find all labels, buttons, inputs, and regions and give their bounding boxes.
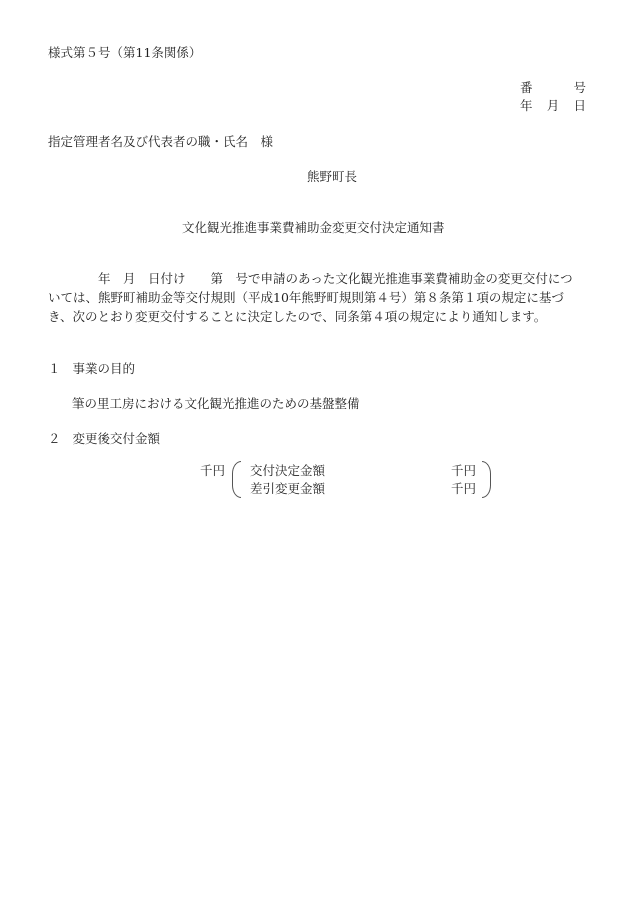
total-amount-unit: 千円 xyxy=(200,465,225,478)
amount-block: 千円 交付決定金額 千円 差引変更金額 千円 xyxy=(200,465,500,501)
amount-row-decided: 交付決定金額 千円 xyxy=(250,465,476,481)
amount-label: 交付決定金額 xyxy=(250,465,325,478)
document-date-row: 年 月 日 xyxy=(520,100,586,118)
section-title: 変更後交付金額 xyxy=(73,431,161,446)
addressee: 指定管理者名及び代表者の職・氏名 様 xyxy=(48,136,273,149)
document-number-date-block: 番 号 年 月 日 xyxy=(520,82,586,118)
sender: 熊野町長 xyxy=(307,171,357,184)
form-number: 様式第５号（第11条関係） xyxy=(48,47,201,60)
section-1-heading: １事業の目的 xyxy=(48,363,135,376)
amount-label: 差引変更金額 xyxy=(250,483,325,496)
amount-unit: 千円 xyxy=(451,483,476,496)
section-number: ２ xyxy=(48,431,61,446)
left-bracket xyxy=(232,461,241,498)
right-bracket xyxy=(482,461,491,498)
section-1-content: 筆の里工房における文化観光推進のための基盤整備 xyxy=(72,398,360,411)
amount-row-difference: 差引変更金額 千円 xyxy=(250,483,476,499)
body-paragraph: 年 月 日付け 第 号で申請のあった文化観光推進事業費補助金の変更交付につ いて… xyxy=(48,273,588,330)
date-day-label: 日 xyxy=(573,100,586,118)
section-2-heading: ２変更後交付金額 xyxy=(48,433,160,446)
amount-unit: 千円 xyxy=(451,465,476,478)
section-title: 事業の目的 xyxy=(73,361,136,376)
section-number: １ xyxy=(48,361,61,376)
date-month-label: 月 xyxy=(547,100,560,118)
body-line: き、次のとおり変更交付することに決定したので、同条第４項の規定により通知します。 xyxy=(48,311,588,330)
date-year-label: 年 xyxy=(520,100,533,118)
document-title: 文化観光推進事業費補助金変更交付決定通知書 xyxy=(182,222,445,235)
